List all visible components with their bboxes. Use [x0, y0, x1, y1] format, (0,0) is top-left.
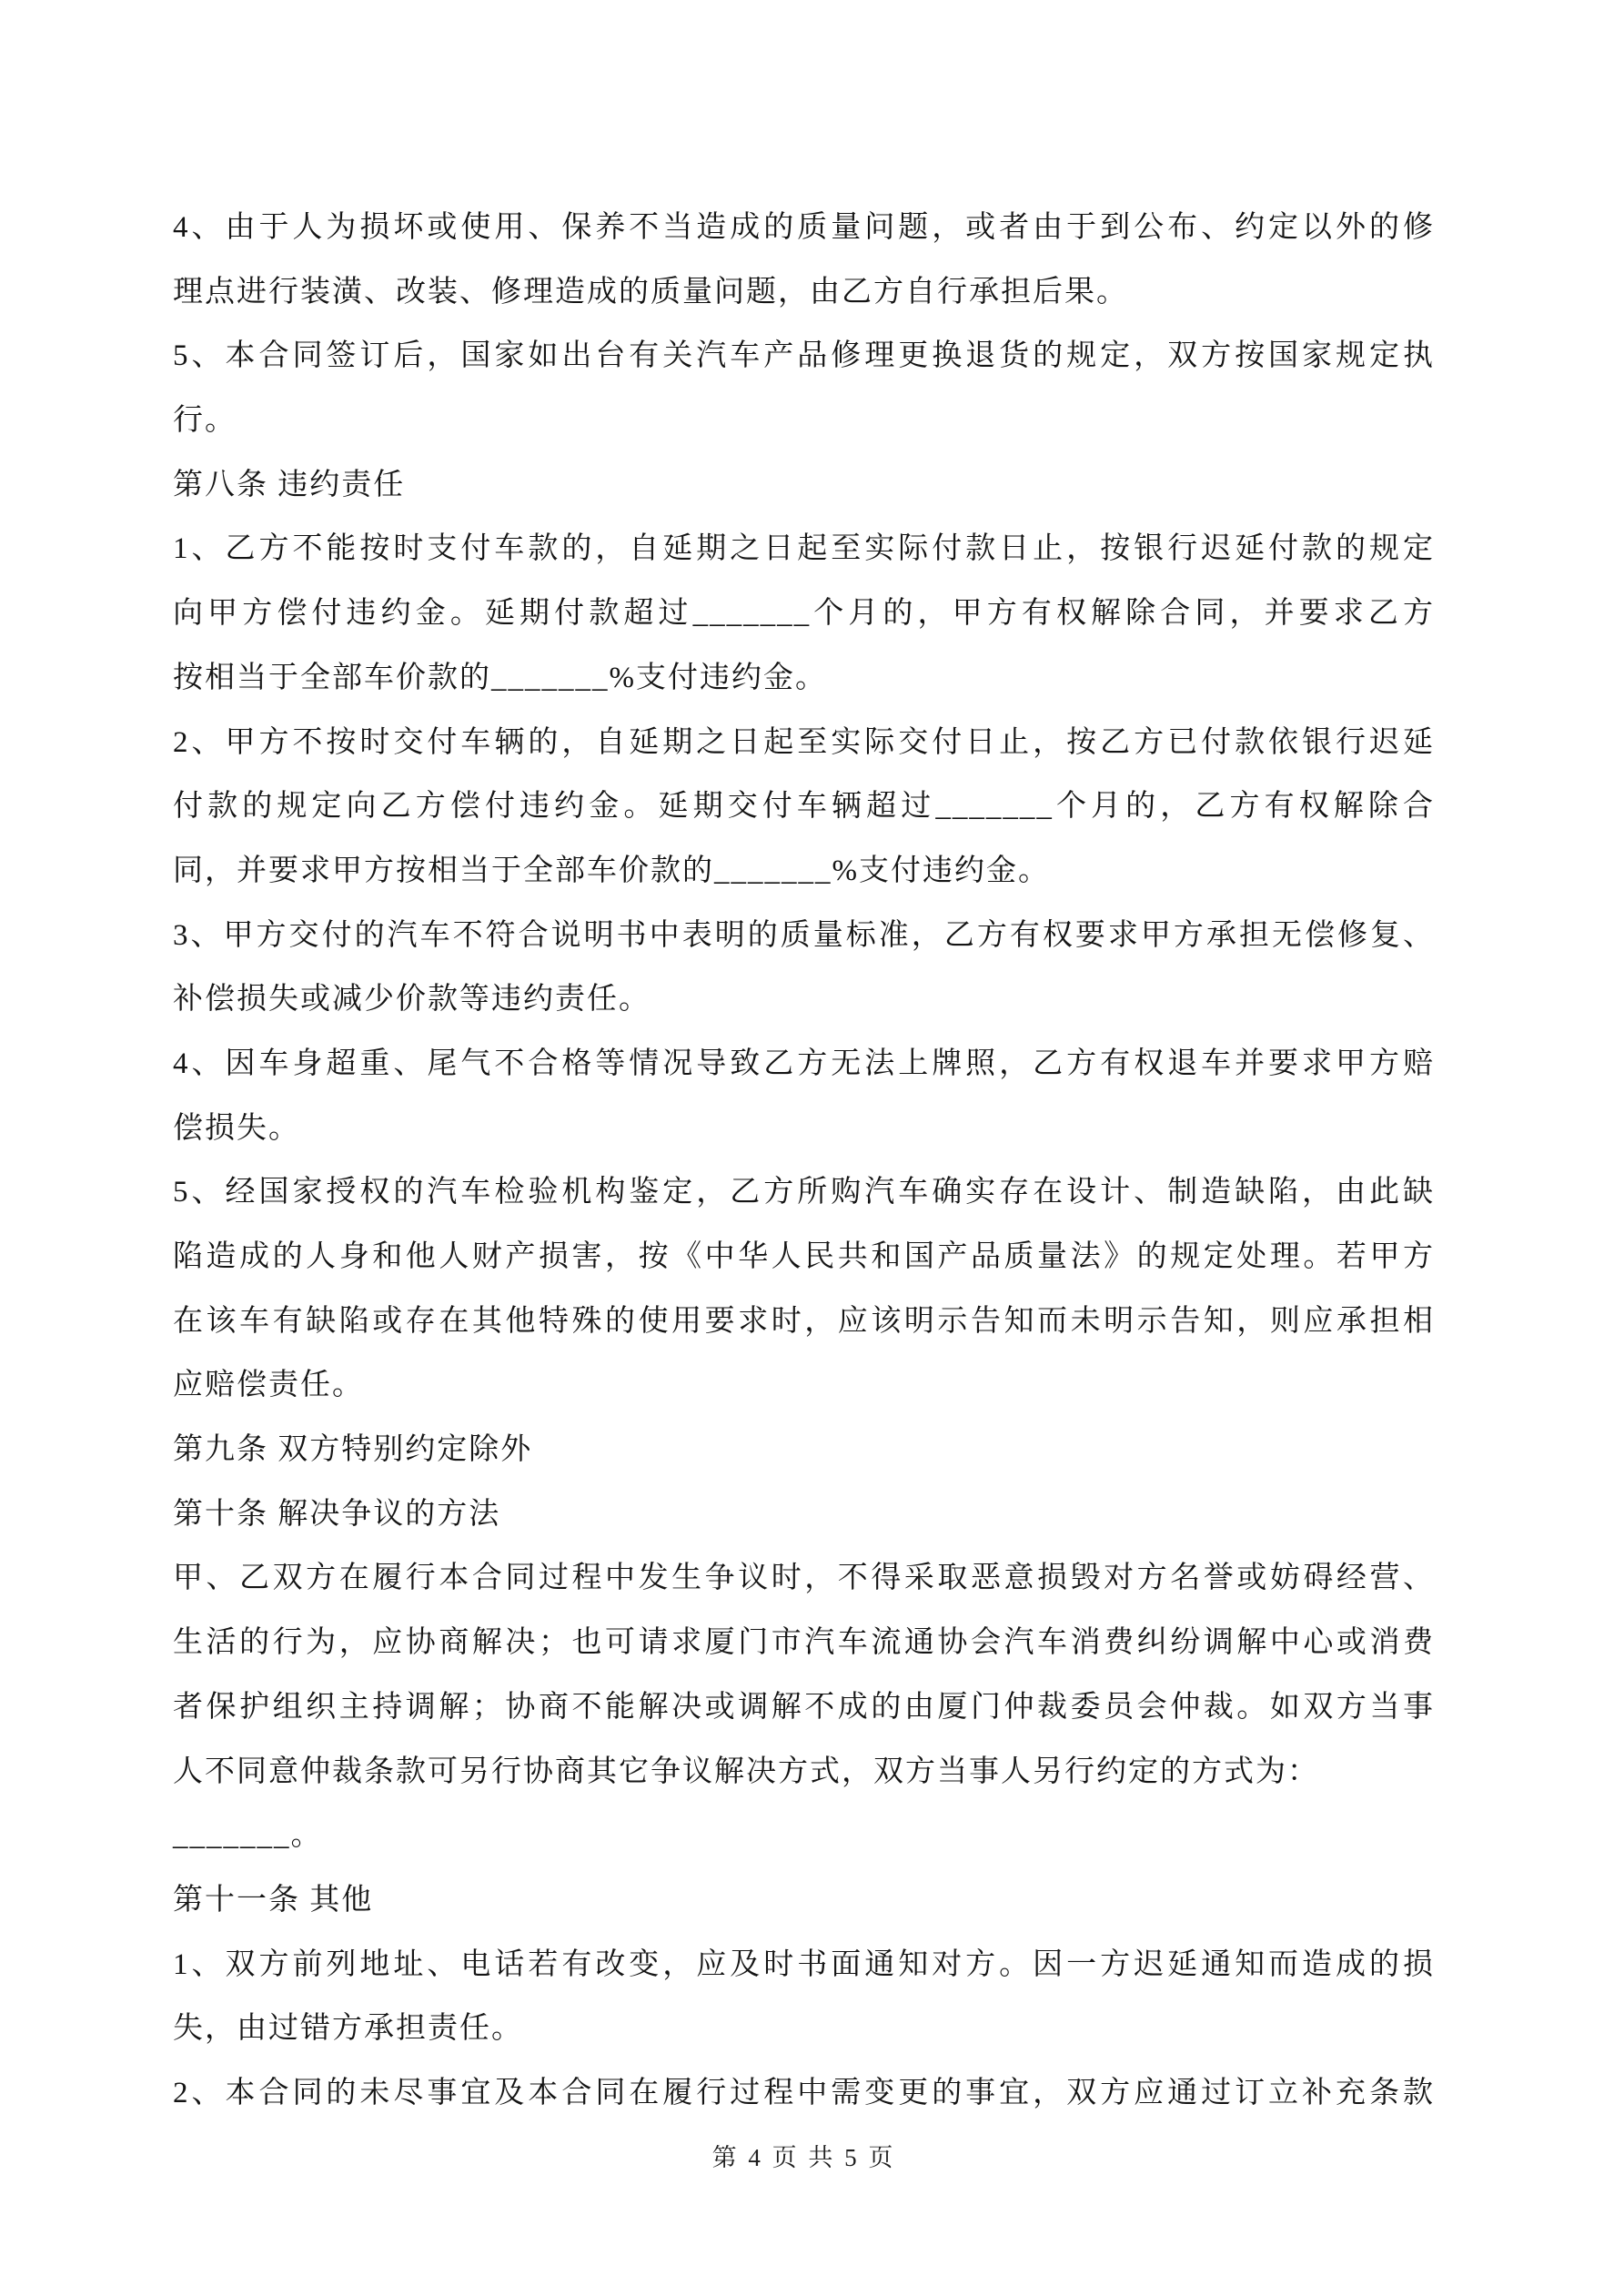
page-footer: 第 4 页 共 5 页: [173, 2126, 1435, 2190]
text-line: 生活的行为，应协商解决；也可请求厦门市汽车流通协会汽车消费纠纷调解中心或消费: [173, 1611, 1435, 1675]
text-line: 5、经国家授权的汽车检验机构鉴定，乙方所购汽车确实存在设计、制造缺陷，由此缺: [173, 1160, 1435, 1225]
text-line: 者保护组织主持调解；协商不能解决或调解不成的由厦门仲裁委员会仲裁。如双方当事: [173, 1675, 1435, 1740]
text-line: 理点进行装潢、改装、修理造成的质量问题，由乙方自行承担后果。: [173, 260, 1435, 325]
text-line: 同，并要求甲方按相当于全部车价款的_______%支付违约金。: [173, 839, 1435, 904]
text-line: 偿损失。: [173, 1097, 1435, 1161]
contract-body: 4、由于人为损坏或使用、保养不当造成的质量问题，或者由于到公布、约定以外的修 理…: [173, 196, 1435, 2190]
text-line: 3、甲方交付的汽车不符合说明书中表明的质量标准，乙方有权要求甲方承担无偿修复、: [173, 904, 1435, 968]
text-line: 2、本合同的未尽事宜及本合同在履行过程中需变更的事宜，双方应通过订立补充条款: [173, 2061, 1435, 2126]
text-line: 5、本合同签订后，国家如出台有关汽车产品修理更换退货的规定，双方按国家规定执: [173, 324, 1435, 389]
text-line: 甲、乙双方在履行本合同过程中发生争议时，不得采取恶意损毁对方名誉或妨碍经营、: [173, 1546, 1435, 1611]
section-heading: 第十一条 其他: [173, 1868, 1435, 1933]
blank-fill-line: _______。: [173, 1804, 1435, 1868]
text-line: 向甲方偿付违约金。延期付款超过_______个月的，甲方有权解除合同，并要求乙方: [173, 582, 1435, 646]
text-line: 应赔偿责任。: [173, 1353, 1435, 1418]
text-line: 失，由过错方承担责任。: [173, 1997, 1435, 2061]
text-line: 4、因车身超重、尾气不合格等情况导致乙方无法上牌照，乙方有权退车并要求甲方赔: [173, 1032, 1435, 1097]
text-line: 付款的规定向乙方偿付违约金。延期交付车辆超过_______个月的，乙方有权解除合: [173, 774, 1435, 839]
text-line: 1、双方前列地址、电话若有改变，应及时书面通知对方。因一方迟延通知而造成的损: [173, 1933, 1435, 1998]
text-line: 按相当于全部车价款的_______%支付违约金。: [173, 646, 1435, 711]
section-heading: 第十条 解决争议的方法: [173, 1482, 1435, 1547]
text-line: 1、乙方不能按时支付车款的，自延期之日起至实际付款日止，按银行迟延付款的规定: [173, 517, 1435, 582]
section-heading: 第八条 违约责任: [173, 453, 1435, 518]
text-line: 4、由于人为损坏或使用、保养不当造成的质量问题，或者由于到公布、约定以外的修: [173, 196, 1435, 260]
text-line: 陷造成的人身和他人财产损害，按《中华人民共和国产品质量法》的规定处理。若甲方: [173, 1225, 1435, 1290]
contract-page: 4、由于人为损坏或使用、保养不当造成的质量问题，或者由于到公布、约定以外的修 理…: [0, 0, 1624, 2296]
text-line: 行。: [173, 389, 1435, 453]
text-line: 在该车有缺陷或存在其他特殊的使用要求时，应该明示告知而未明示告知，则应承担相: [173, 1290, 1435, 1354]
text-line: 补偿损失或减少价款等违约责任。: [173, 967, 1435, 1032]
section-heading: 第九条 双方特别约定除外: [173, 1418, 1435, 1482]
text-line: 人不同意仲裁条款可另行协商其它争议解决方式，双方当事人另行约定的方式为：: [173, 1740, 1435, 1805]
text-line: 2、甲方不按时交付车辆的，自延期之日起至实际交付日止，按乙方已付款依银行迟延: [173, 711, 1435, 775]
